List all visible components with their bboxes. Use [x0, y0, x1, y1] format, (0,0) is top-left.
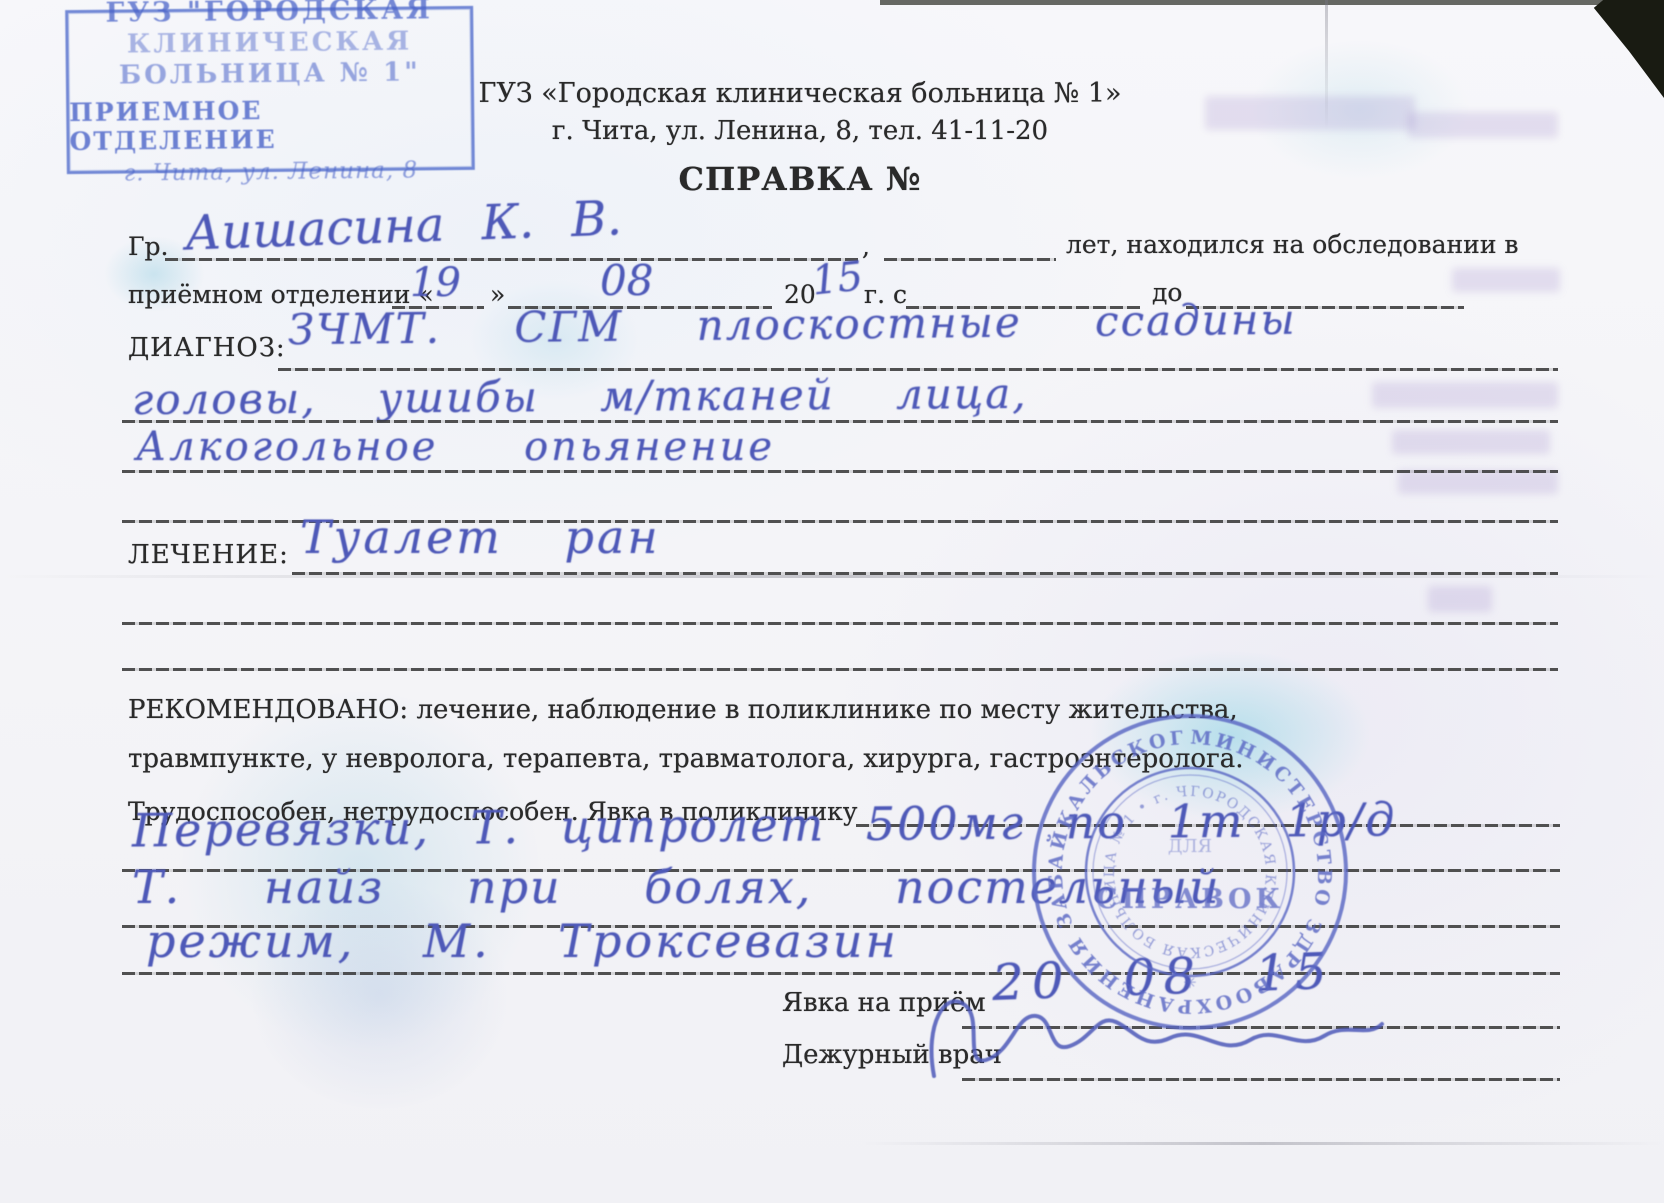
bleedthrough-text [1398, 470, 1558, 494]
diagnosis-label: ДИАГНОЗ: [128, 333, 286, 363]
ruled-line [122, 668, 1558, 671]
bleedthrough-text [1392, 430, 1550, 454]
recommended-label: РЕКОМЕНДОВАНО: [128, 695, 408, 725]
treatment-handwritten: Туалет ран [300, 510, 661, 564]
stamp-center-top-text: ДЛЯ [1168, 836, 1212, 857]
ruled-line [122, 420, 1558, 423]
stamp-line: ГУЗ "ГОРОДСКАЯ [105, 0, 433, 28]
blank-line-age [884, 258, 1056, 261]
svg-text:МИНИСТЕРСТВО ЗДРАВООХРАНЕНИЯ З: МИНИСТЕРСТВО ЗДРАВООХРАНЕНИЯ ЗАБАЙКАЛЬСК… [1018, 700, 1335, 1017]
bleedthrough-text [1428, 586, 1492, 612]
org-name: ГУЗ «Городская клиническая больница № 1» [420, 78, 1180, 109]
year-handwritten: 15 [810, 253, 865, 304]
ruled-line [292, 572, 1558, 575]
scanned-certificate-page: ГУЗ "ГОРОДСКАЯ КЛИНИЧЕСКАЯ БОЛЬНИЦА № 1"… [0, 0, 1664, 1203]
bleedthrough-text [1408, 112, 1558, 138]
bleedthrough-text [1452, 268, 1560, 292]
bleedthrough-text [1372, 382, 1558, 408]
diagnosis-line-3-handwritten: Алкогольное опьянение [136, 424, 775, 470]
prescription-line-3-handwritten: режим, М. Троксевазин [146, 914, 899, 968]
stamp-line: г. Чита, ул. Ленина, 8 [123, 157, 418, 186]
treatment-label: ЛЕЧЕНИЕ: [128, 540, 289, 570]
ruled-line [122, 622, 1558, 625]
paper-crease [0, 575, 1664, 578]
stamp-line: КЛИНИЧЕСКАЯ [127, 26, 413, 59]
comma: , [862, 232, 870, 261]
scanner-edge-top [880, 0, 1664, 5]
blank-line [165, 258, 858, 261]
org-address: г. Чита, ул. Ленина, 8, тел. 41-11-20 [420, 116, 1180, 146]
stamp-line: ПРИЕМНОЕ ОТДЕЛЕНИЕ [69, 93, 472, 155]
age-suffix-text: лет, находился на обследовании в [1066, 230, 1519, 259]
stamp-star: ✳ [1183, 973, 1196, 992]
hospital-admission-stamp: ГУЗ "ГОРОДСКАЯ КЛИНИЧЕСКАЯ БОЛЬНИЦА № 1"… [65, 6, 475, 174]
certificate-title: СПРАВКА № [420, 160, 1180, 198]
bleedthrough-text [1205, 96, 1415, 130]
paper-crease [860, 1142, 1664, 1145]
day-handwritten: 19 [410, 260, 461, 306]
registry-round-stamp: МИНИСТЕРСТВО ЗДРАВООХРАНЕНИЯ ЗАБАЙКАЛЬСК… [1018, 700, 1363, 1045]
diagnosis-line-2-handwritten: головы, ушибы м/тканей лица, [132, 369, 1028, 424]
stamp-outer-ring-text: МИНИСТЕРСТВО ЗДРАВООХРАНЕНИЯ ЗАБАЙКАЛЬСК… [1018, 700, 1335, 1017]
month-handwritten: 08 [600, 256, 653, 305]
stamp-line: БОЛЬНИЦА № 1" [119, 57, 421, 90]
gr-label: Гр. [128, 232, 169, 261]
ruled-line [122, 470, 1558, 473]
stamp-center-text: СПРАВОК [1096, 884, 1284, 915]
paper-crease [1325, 0, 1328, 130]
